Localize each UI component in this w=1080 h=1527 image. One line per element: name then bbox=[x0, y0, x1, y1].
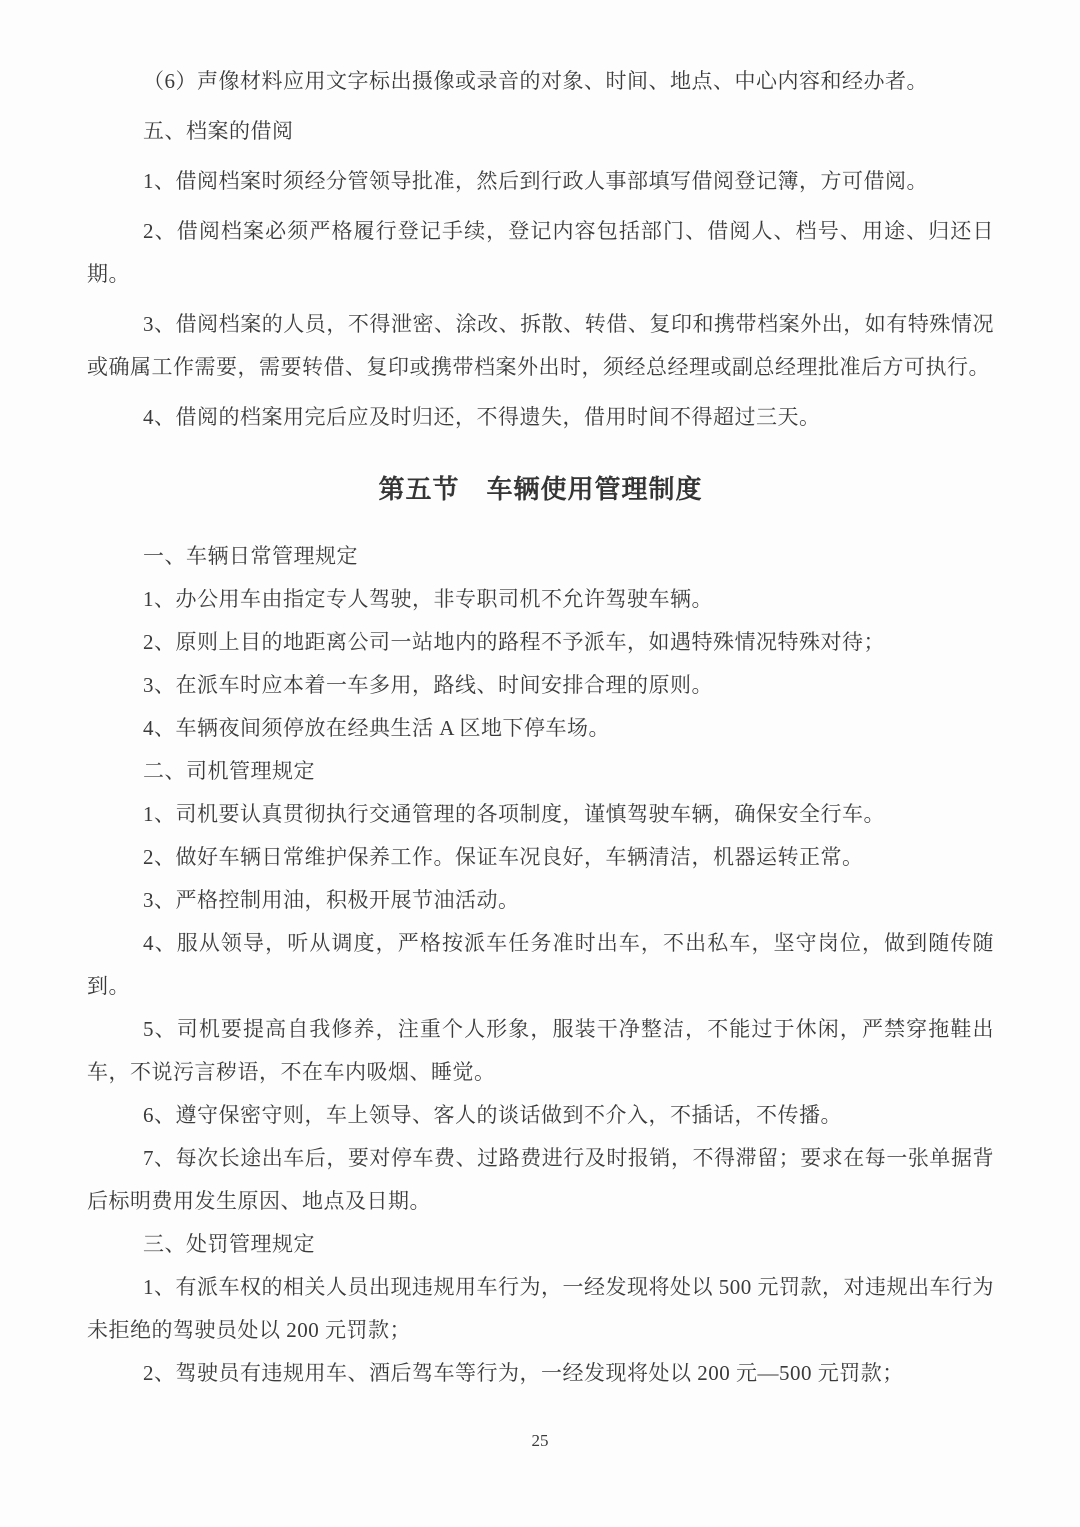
list-heading-archive-borrowing: 五、档案的借阅 bbox=[87, 110, 994, 153]
paragraph: 3、严格控制用油，积极开展节油活动。 bbox=[87, 879, 994, 922]
list-heading-penalty-management: 三、处罚管理规定 bbox=[87, 1223, 994, 1266]
paragraph: 1、办公用车由指定专人驾驶，非专职司机不允许驾驶车辆。 bbox=[87, 578, 994, 621]
paragraph: 2、借阅档案必须严格履行登记手续，登记内容包括部门、借阅人、档号、用途、归还日期… bbox=[87, 210, 994, 296]
paragraph: 1、司机要认真贯彻执行交通管理的各项制度，谨慎驾驶车辆，确保安全行车。 bbox=[87, 793, 994, 836]
paragraph: 2、驾驶员有违规用车、酒后驾车等行为，一经发现将处以 200 元—500 元罚款… bbox=[87, 1352, 994, 1395]
paragraph: 4、借阅的档案用完后应及时归还，不得遗失，借用时间不得超过三天。 bbox=[87, 396, 994, 439]
page-content: （6）声像材料应用文字标出摄像或录音的对象、时间、地点、中心内容和经办者。 五、… bbox=[0, 0, 1080, 1395]
paragraph: 2、做好车辆日常维护保养工作。保证车况良好，车辆清洁，机器运转正常。 bbox=[87, 836, 994, 879]
paragraph: 2、原则上目的地距离公司一站地内的路程不予派车，如遇特殊情况特殊对待； bbox=[87, 621, 994, 664]
paragraph: 1、有派车权的相关人员出现违规用车行为，一经发现将处以 500 元罚款，对违规出… bbox=[87, 1266, 994, 1352]
paragraph: 3、在派车时应本着一车多用，路线、时间安排合理的原则。 bbox=[87, 664, 994, 707]
paragraph: （6）声像材料应用文字标出摄像或录音的对象、时间、地点、中心内容和经办者。 bbox=[87, 60, 994, 103]
document-page: （6）声像材料应用文字标出摄像或录音的对象、时间、地点、中心内容和经办者。 五、… bbox=[0, 0, 1080, 1527]
page-number: 25 bbox=[0, 1431, 1080, 1451]
section-heading-vehicle-management: 第五节 车辆使用管理制度 bbox=[87, 468, 994, 511]
paragraph: 3、借阅档案的人员，不得泄密、涂改、拆散、转借、复印和携带档案外出，如有特殊情况… bbox=[87, 303, 994, 389]
list-heading-daily-management: 一、车辆日常管理规定 bbox=[87, 535, 994, 578]
paragraph: 6、遵守保密守则，车上领导、客人的谈话做到不介入，不插话，不传播。 bbox=[87, 1094, 994, 1137]
paragraph: 4、服从领导，听从调度，严格按派车任务准时出车，不出私车，坚守岗位，做到随传随到… bbox=[87, 922, 994, 1008]
paragraph: 7、每次长途出车后，要对停车费、过路费进行及时报销，不得滞留；要求在每一张单据背… bbox=[87, 1137, 994, 1223]
list-heading-driver-management: 二、司机管理规定 bbox=[87, 750, 994, 793]
paragraph: 1、借阅档案时须经分管领导批准，然后到行政人事部填写借阅登记簿，方可借阅。 bbox=[87, 160, 994, 203]
paragraph: 5、司机要提高自我修养，注重个人形象，服装干净整洁，不能过于休闲，严禁穿拖鞋出车… bbox=[87, 1008, 994, 1094]
paragraph: 4、车辆夜间须停放在经典生活 A 区地下停车场。 bbox=[87, 707, 994, 750]
